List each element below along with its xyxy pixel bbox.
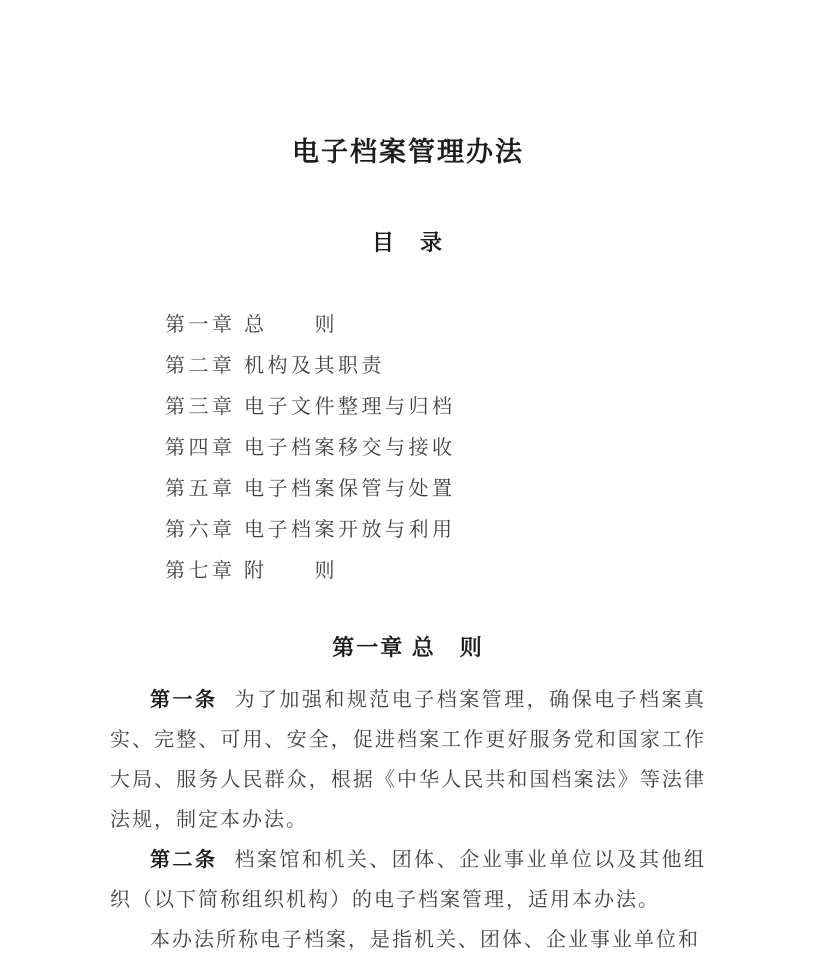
toc-item-chapter-6: 第六章 电子档案开放与利用 [165,510,706,551]
paragraph-article-1: 第一条为了加强和规范电子档案管理，确保电子档案真实、完整、可用、安全，促进档案工… [110,680,706,840]
paragraph-definition-text: 本办法所称电子档案，是指机关、团体、企业事业单位和 [150,929,700,951]
toc-item-chapter-1: 第一章 总 则 [165,305,706,346]
paragraph-definition: 本办法所称电子档案，是指机关、团体、企业事业单位和 [110,920,706,958]
toc-item-chapter-2: 第二章 机构及其职责 [165,346,706,387]
article-2-label: 第二条 [150,849,217,871]
document-title: 电子档案管理办法 [110,136,706,168]
table-of-contents: 第一章 总 则 第二章 机构及其职责 第三章 电子文件整理与归档 第四章 电子档… [110,305,706,592]
article-1-label: 第一条 [150,689,217,711]
toc-item-chapter-7: 第七章 附 则 [165,551,706,592]
document-page: 电子档案管理办法 目 录 第一章 总 则 第二章 机构及其职责 第三章 电子文件… [0,0,816,958]
chapter-body: 第一条为了加强和规范电子档案管理，确保电子档案真实、完整、可用、安全，促进档案工… [110,680,706,958]
chapter-heading: 第一章 总 则 [110,634,706,663]
toc-heading: 目 录 [110,230,706,256]
toc-item-chapter-3: 第三章 电子文件整理与归档 [165,387,706,428]
paragraph-article-2: 第二条档案馆和机关、团体、企业事业单位以及其他组织（以下简称组织机构）的电子档案… [110,840,706,920]
toc-item-chapter-5: 第五章 电子档案保管与处置 [165,469,706,510]
toc-item-chapter-4: 第四章 电子档案移交与接收 [165,428,706,469]
